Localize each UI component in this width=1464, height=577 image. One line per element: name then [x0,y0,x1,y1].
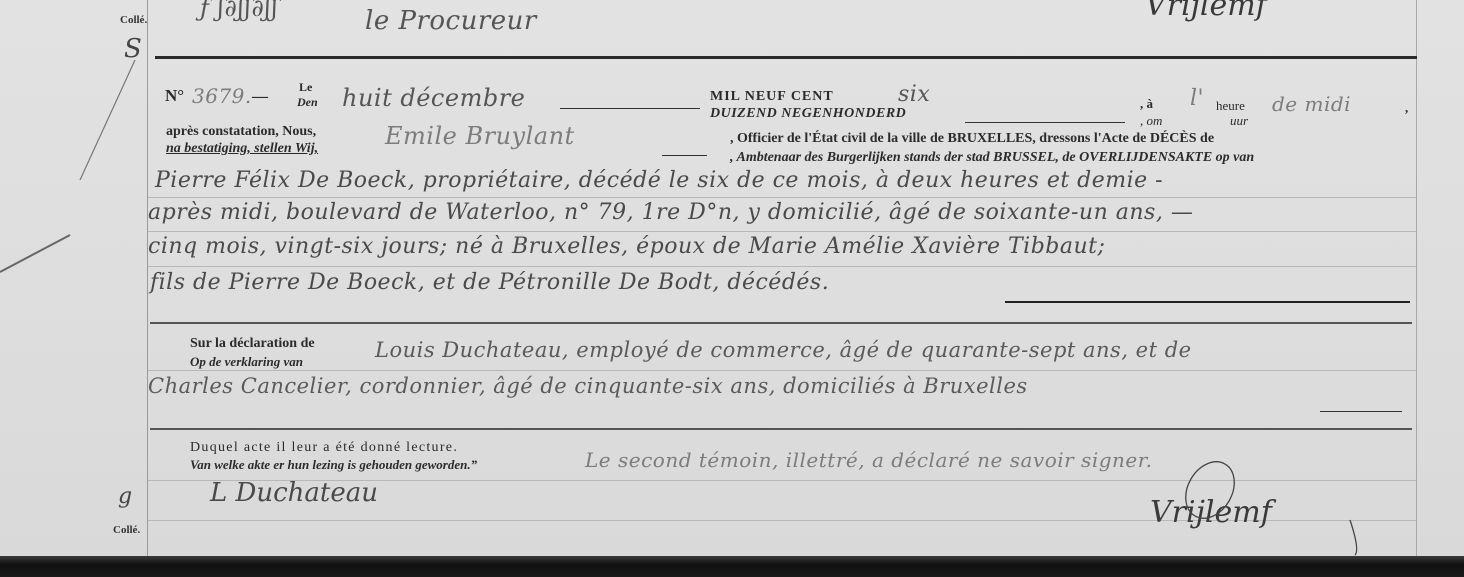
previous-entry-tail: le Procureur [365,6,537,36]
declaration-label-nl: Op de verklaring van [190,354,303,370]
margin-label-bottom: Collé. [113,524,140,536]
fill-line [1320,411,1402,412]
body-line-3: cinq mois, vingt-six jours; né à Bruxell… [148,234,1105,259]
margin-stroke [0,40,150,280]
na-label: na bestatiging, stellen Wij, [166,141,318,157]
apres-label: après constatation, Nous, [166,124,316,140]
guide-line [148,231,1416,232]
previous-entry-handwriting: ƒ ʃ∂ʃʃ∂ʃʃ [200,0,278,22]
officer-handwritten: Emile Bruylant [385,122,575,150]
guide-line [148,266,1416,267]
heure-label: heure [1216,98,1245,114]
signature-flourish [1170,460,1370,560]
om-label: , om [1140,113,1162,129]
guide-line [148,370,1416,371]
fill-line [560,108,700,109]
reading-note: Le second témoin, illettré, a déclaré ne… [585,448,1152,472]
fill-line [1005,301,1410,303]
fill-line [965,122,1125,123]
year-label-fr: MIL NEUF CENT [710,89,834,105]
entry-top-rule [155,56,1417,59]
declaration-top-rule [150,322,1412,324]
fill-line [662,155,707,156]
uur-label: uur [1230,113,1248,129]
previous-entry-signature: Vrijlemf [1145,0,1267,23]
scan-bottom-edge [0,556,1464,577]
witness-signature: L Duchateau [210,478,378,508]
body-line-4: fils de Pierre De Boeck, et de Pétronill… [150,270,829,295]
margin-mark-bottom: g [118,484,133,509]
margin-label-top: Collé. [120,14,147,26]
den-label: Den [297,95,318,110]
reading-label-nl: Van welke akte er hun lezing is gehouden… [190,457,477,473]
reading-top-rule [150,428,1412,430]
officer-line-fr: , Officier de l'État civil de la ville d… [730,131,1214,147]
document-page: ƒ ʃ∂ʃʃ∂ʃʃ le Procureur Vrijlemf Collé. S… [0,0,1464,560]
comma: , [1405,100,1408,116]
body-line-2: après midi, boulevard de Waterloo, n° 79… [148,200,1193,225]
guide-line [148,197,1416,198]
reading-label-fr: Duquel acte il leur a été donné lecture. [190,440,458,456]
body-line-1: Pierre Félix De Boeck, propriétaire, déc… [155,168,1163,193]
number-dash: — [252,88,268,106]
a-label: , à [1140,96,1153,112]
number-label: N° [165,86,184,106]
year-handwritten: six [898,82,930,107]
right-margin-rule [1416,0,1417,560]
le-label: Le [299,80,312,95]
hour-prefix-handwritten: l' [1190,86,1204,111]
declaration-label-fr: Sur la déclaration de [190,336,315,352]
entry-number: 3679. [192,84,252,108]
date-handwritten: huit décembre [342,84,525,112]
declaration-line-2: Charles Cancelier, cordonnier, âgé de ci… [148,374,1028,398]
officer-line-nl: , Ambtenaar des Burgerlijken stands der … [730,150,1254,166]
hour-handwritten: de midi [1272,92,1351,116]
declaration-line-1: Louis Duchateau, employé de commerce, âg… [375,338,1192,362]
year-label-nl: DUIZEND NEGENHONDERD [710,106,906,122]
